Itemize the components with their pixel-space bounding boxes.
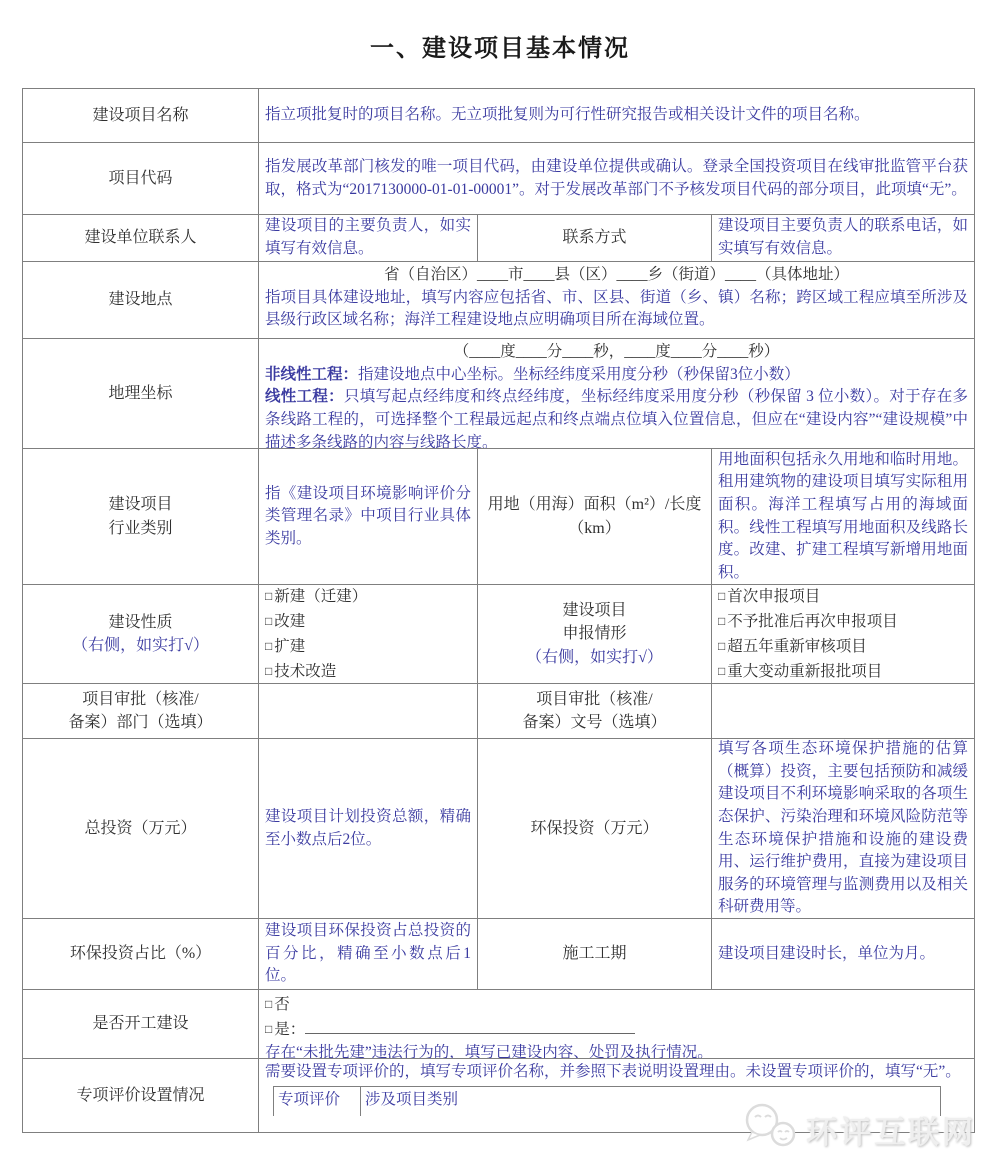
- approval-dept-line2: 备案）部门（选填）: [68, 711, 212, 734]
- row-nature-label: 建设性质 （右侧，如实打√）: [23, 585, 258, 683]
- nature-option-label: 扩建: [274, 638, 305, 655]
- row-contact-label: 建设单位联系人: [23, 215, 258, 261]
- nature-option: □扩建: [265, 634, 471, 659]
- row-started-label: 是否开工建设: [23, 990, 258, 1058]
- geo-linear: 线性工程：只填写起点经纬度和终点经纬度，坐标经纬度采用度分秒（秒保留 3 位小数…: [265, 386, 968, 448]
- started-no-label: 否: [274, 996, 290, 1013]
- declare-option-label: 超五年重新审核项目: [727, 638, 867, 655]
- row-nature-options: □新建（迁建） □改建 □扩建 □技术改造: [258, 585, 477, 683]
- approval-dept-value-cell: [258, 684, 477, 738]
- checkbox-icon: □: [265, 997, 272, 1011]
- table-row: 是否开工建设 □否 □是： 存在“未批先建”违法行为的，填写已建设内容、处罚及执…: [23, 989, 974, 1058]
- checkbox-icon: □: [718, 639, 725, 653]
- declare-option: □超五年重新审核项目: [718, 634, 968, 659]
- chat-bubbles-icon: [738, 1098, 800, 1161]
- row-ratio-desc: 建设项目环保投资占总投资的百分比，精确至小数点后1位。: [258, 919, 477, 989]
- row-period-desc: 建设项目建设时长，单位为月。: [711, 919, 974, 989]
- row-contact-desc: 建设项目的主要负责人，如实填写有效信息。: [258, 215, 477, 261]
- row-started-content: □否 □是： 存在“未批先建”违法行为的，填写已建设内容、处罚及执行情况。: [258, 990, 974, 1058]
- table-row: 项目审批（核准/ 备案）部门（选填） 项目审批（核准/ 备案）文号（选填）: [23, 683, 974, 738]
- geo-linear-desc: 只填写起点经纬度和终点经纬度，坐标经纬度采用度分秒（秒保留 3 位小数）。对于存…: [265, 388, 968, 448]
- special-desc: 需要设置专项评价的，填写专项评价名称，并参照下表说明设置理由。未设置专项评价的，…: [265, 1061, 968, 1084]
- table-row: 项目代码 指发展改革部门核发的唯一项目代码，由建设单位提供或确认。登录全国投资项…: [23, 142, 974, 214]
- declare-option-label: 不予批准后再次申报项目: [727, 613, 898, 630]
- started-note: 存在“未批先建”违法行为的，填写已建设内容、处罚及执行情况。: [265, 1042, 968, 1058]
- row-contact-method-desc: 建设项目主要负责人的联系电话，如实填写有效信息。: [711, 215, 974, 261]
- started-yes-label: 是：: [274, 1021, 305, 1038]
- nature-option-label: 改建: [274, 613, 305, 630]
- row-industry-label: 建设项目 行业类别: [23, 449, 258, 584]
- row-env-investment-label: 环保投资（万元）: [477, 739, 711, 918]
- declare-label-line2: 申报情形: [562, 622, 626, 645]
- industry-label-line2: 行业类别: [108, 517, 172, 540]
- nature-label: 建设性质: [108, 611, 172, 634]
- table-row: 建设地点 省（自治区）____市____县（区）____乡（街道）____（具体…: [23, 261, 974, 338]
- nature-hint: （右侧，如实打√）: [72, 634, 209, 657]
- approval-dept-line1: 项目审批（核准/: [82, 688, 198, 711]
- geo-linear-term: 线性工程：: [265, 388, 344, 405]
- started-option-no: □否: [265, 992, 968, 1017]
- industry-label-line1: 建设项目: [108, 493, 172, 516]
- row-name-desc: 指立项批复时的项目名称。无立项批复则为可行性研究报告或相关设计文件的项目名称。: [258, 89, 974, 142]
- row-approval-doc-label: 项目审批（核准/ 备案）文号（选填）: [477, 684, 711, 738]
- project-basic-info-table: 建设项目名称 指立项批复时的项目名称。无立项批复则为可行性研究报告或相关设计文件…: [22, 88, 975, 1133]
- row-geo-content: （____度____分____秒，____度____分____秒） 非线性工程：…: [258, 339, 974, 448]
- row-investment-desc: 建设项目计划投资总额，精确至小数点后2位。: [258, 739, 477, 918]
- row-special-label: 专项评价设置情况: [23, 1059, 258, 1132]
- declare-option-label: 重大变动重新报批项目: [727, 663, 882, 680]
- declare-hint: （右侧，如实打√）: [526, 646, 663, 669]
- checkbox-icon: □: [265, 614, 272, 628]
- row-ratio-label: 环保投资占比（%）: [23, 919, 258, 989]
- checkbox-icon: □: [265, 589, 272, 603]
- row-area-label: 用地（用海）面积（m²）/长度 （km）: [477, 449, 711, 584]
- checkbox-icon: □: [265, 664, 272, 678]
- table-row: 建设项目 行业类别 指《建设项目环境影响评价分类管理名录》中项目行业具体类别。 …: [23, 448, 974, 584]
- table-row: 建设单位联系人 建设项目的主要负责人，如实填写有效信息。 联系方式 建设项目主要…: [23, 214, 974, 261]
- geo-nonlinear: 非线性工程：指建设地点中心坐标。坐标经纬度采用度分秒（秒保留3位小数）: [265, 364, 968, 387]
- nature-option: □新建（迁建）: [265, 585, 471, 609]
- row-industry-desc: 指《建设项目环境影响评价分类管理名录》中项目行业具体类别。: [258, 449, 477, 584]
- row-location-label: 建设地点: [23, 262, 258, 338]
- row-declare-options: □首次申报项目 □不予批准后再次申报项目 □超五年重新审核项目 □重大变动重新报…: [711, 585, 974, 683]
- location-blank-line: 省（自治区）____市____县（区）____乡（街道）____（具体地址）: [265, 264, 968, 287]
- page-title: 一、建设项目基本情况: [0, 28, 1000, 63]
- approval-doc-line1: 项目审批（核准/: [536, 688, 652, 711]
- area-label-line1: 用地（用海）面积（m²）/长度: [488, 493, 702, 516]
- approval-doc-line2: 备案）文号（选填）: [522, 711, 666, 734]
- approval-doc-value-cell: [711, 684, 974, 738]
- checkbox-icon: □: [265, 639, 272, 653]
- started-option-yes: □是：: [265, 1017, 968, 1042]
- nature-option-label: 技术改造: [274, 663, 336, 680]
- table-row: 建设项目名称 指立项批复时的项目名称。无立项批复则为可行性研究报告或相关设计文件…: [23, 89, 974, 142]
- row-declare-label: 建设项目 申报情形 （右侧，如实打√）: [477, 585, 711, 683]
- nature-option: □改建: [265, 609, 471, 634]
- checkbox-icon: □: [718, 664, 725, 678]
- table-row: 环保投资占比（%） 建设项目环保投资占总投资的百分比，精确至小数点后1位。 施工…: [23, 918, 974, 989]
- table-row: 总投资（万元） 建设项目计划投资总额，精确至小数点后2位。 环保投资（万元） 填…: [23, 738, 974, 918]
- row-period-label: 施工工期: [477, 919, 711, 989]
- table-row: 建设性质 （右侧，如实打√） □新建（迁建） □改建 □扩建 □技术改造 建设项…: [23, 584, 974, 683]
- row-code-desc: 指发展改革部门核发的唯一项目代码，由建设单位提供或确认。登录全国投资项目在线审批…: [258, 143, 974, 214]
- checkbox-icon: □: [718, 589, 725, 603]
- geo-nonlinear-desc: 指建设地点中心坐标。坐标经纬度采用度分秒（秒保留3位小数）: [358, 366, 800, 383]
- area-label-line2: （km）: [568, 517, 620, 540]
- row-investment-label: 总投资（万元）: [23, 739, 258, 918]
- declare-option-label: 首次申报项目: [727, 588, 820, 605]
- nature-option: □技术改造: [265, 659, 471, 683]
- checkbox-icon: □: [265, 1022, 272, 1036]
- row-geo-label: 地理坐标: [23, 339, 258, 448]
- watermark: 环评互联网: [738, 1098, 976, 1161]
- fill-in-blank-line: [305, 1019, 635, 1034]
- row-location-content: 省（自治区）____市____县（区）____乡（街道）____（具体地址） 指…: [258, 262, 974, 338]
- row-code-label: 项目代码: [23, 143, 258, 214]
- table-row: 地理坐标 （____度____分____秒，____度____分____秒） 非…: [23, 338, 974, 448]
- row-name-label: 建设项目名称: [23, 89, 258, 142]
- row-contact-method-label: 联系方式: [477, 215, 711, 261]
- checkbox-icon: □: [718, 614, 725, 628]
- location-desc: 指项目具体建设地址，填写内容应包括省、市、区县、街道（乡、镇）名称；跨区域工程应…: [265, 287, 968, 332]
- declare-option: □不予批准后再次申报项目: [718, 609, 968, 634]
- watermark-text: 环评互联网: [806, 1107, 976, 1152]
- declare-label-line1: 建设项目: [562, 599, 626, 622]
- geo-nonlinear-term: 非线性工程：: [265, 366, 358, 383]
- declare-option: □首次申报项目: [718, 585, 968, 609]
- geo-blank-line: （____度____分____秒，____度____分____秒）: [265, 341, 968, 364]
- subtable-header-special-evaluation: 专项评价: [274, 1087, 360, 1116]
- row-area-desc: 用地面积包括永久用地和临时用地。租用建筑物的建设项目填写实际租用面积。海洋工程填…: [711, 449, 974, 584]
- declare-option: □重大变动重新报批项目: [718, 659, 968, 683]
- row-env-investment-desc: 填写各项生态环境保护措施的估算（概算）投资，主要包括预防和减缓建设项目不利环境影…: [711, 739, 974, 918]
- nature-option-label: 新建（迁建）: [274, 588, 367, 605]
- row-approval-dept-label: 项目审批（核准/ 备案）部门（选填）: [23, 684, 258, 738]
